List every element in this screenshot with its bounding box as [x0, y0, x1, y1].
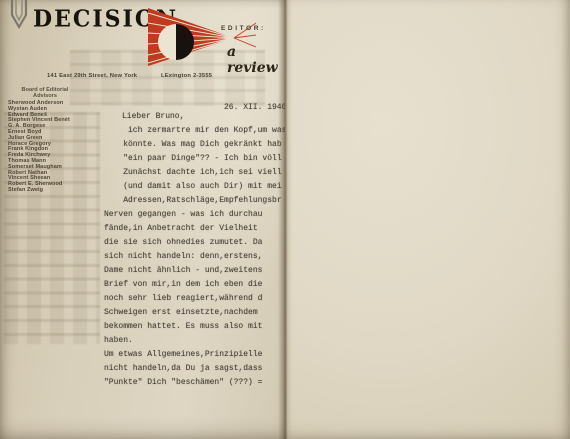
- address-line: 141 East 29th Street, New York: [47, 73, 137, 79]
- typewritten-line: Schweigen erst einsetzte,nachdem: [104, 306, 285, 320]
- board-header-line2: Advisors: [6, 93, 84, 99]
- board-member-list: Sherwood AndersonWystan AudenEdward Bene…: [8, 101, 70, 194]
- page-right: man weder unbedingt mit den Freunden sei…: [285, 0, 570, 439]
- typewritten-line: die sie sich ohnedies zumutet. Da: [104, 236, 285, 250]
- typewritten-line: (und damit also auch Dir) mit mei: [104, 180, 285, 194]
- page-left: DECISION EDITOR: a review 141 East 29th …: [0, 0, 285, 439]
- tagline: a review: [227, 44, 285, 76]
- typewritten-line: Adressen,Ratschläge,Empfehlungsbr: [104, 194, 285, 208]
- paperclip-icon: [6, 0, 32, 34]
- typewritten-line: nicht handeln,da Du ja sagst,dass: [104, 362, 285, 376]
- editor-label: EDITOR:: [221, 25, 266, 32]
- typewritten-line: haben.: [104, 334, 285, 348]
- letter-body-left: ich zermartre mir den Kopf,um was könnte…: [104, 124, 285, 390]
- page-fold-shadow: [278, 0, 292, 439]
- typewritten-line: "ein paar Dinge"?? - Ich bin völl: [104, 152, 285, 166]
- typewritten-line: Nerven gegangen - was ich durchau: [104, 208, 285, 222]
- typewritten-line: Um etwas Allgemeines,Prinzipielle: [104, 348, 285, 362]
- typewritten-line: "Punkte" Dich "beschämen" (???) =: [104, 376, 285, 390]
- salutation: Lieber Bruno,: [122, 112, 184, 121]
- typewritten-line: könnte. Was mag Dich gekränkt hab: [104, 138, 285, 152]
- typewritten-line: Brief von mir,in dem ich eben die: [104, 278, 285, 292]
- board-header: Board of Editorial Advisors: [6, 87, 84, 99]
- board-member: Stefan Zweig: [8, 188, 70, 194]
- typewritten-line: fände,in Anbetracht der Vielheit: [104, 222, 285, 236]
- typewritten-line: noch sehr lieb reagiert,während d: [104, 292, 285, 306]
- phone-number: LExington 2-3555: [161, 73, 212, 79]
- letter-date: 26. XII. 1940: [224, 103, 285, 112]
- typewritten-line: sich nicht handeln: denn,erstens,: [104, 250, 285, 264]
- typewritten-line: ich zermartre mir den Kopf,um was: [104, 124, 285, 138]
- typewritten-line: bekommen hattet. Es muss also mit: [104, 320, 285, 334]
- typewritten-line: Dame nicht ähnlich - und,zweitens: [104, 264, 285, 278]
- typewritten-line: Zunächst dachte ich,ich sei viell: [104, 166, 285, 180]
